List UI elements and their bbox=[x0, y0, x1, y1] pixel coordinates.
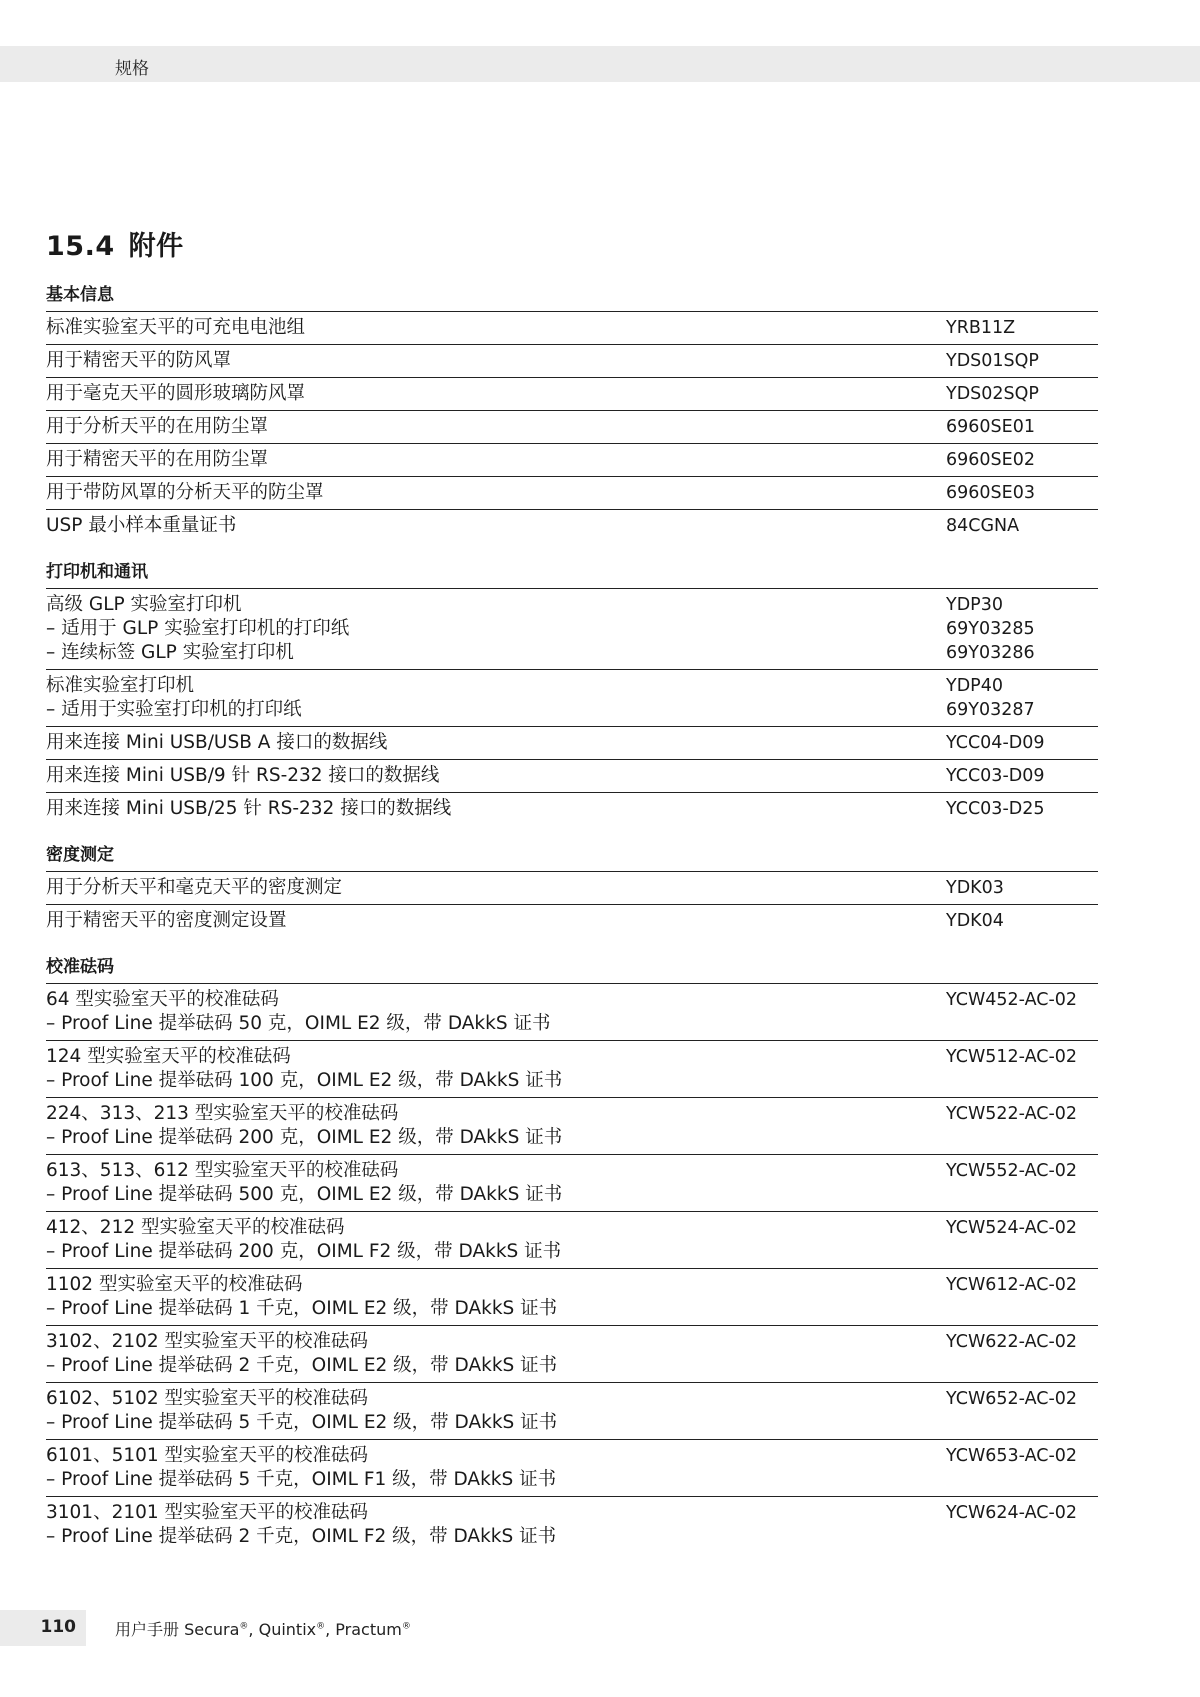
item-description-line: 64 型实验室天平的校准砝码 bbox=[46, 988, 946, 1012]
item-description: 6101、5101 型实验室天平的校准砝码– Proof Line 提举砝码 5… bbox=[46, 1444, 946, 1492]
order-number-value: YCC03-D09 bbox=[946, 764, 1098, 788]
item-description: 用于毫克天平的圆形玻璃防风罩 bbox=[46, 382, 946, 406]
item-description-line: 用于毫克天平的圆形玻璃防风罩 bbox=[46, 382, 946, 406]
table-row: 高级 GLP 实验室打印机– 适用于 GLP 实验室打印机的打印纸– 连续标签 … bbox=[46, 589, 1098, 670]
item-sub-description-line: – 适用于实验室打印机的打印纸 bbox=[46, 698, 946, 722]
order-number: YCW622-AC-02 bbox=[946, 1330, 1098, 1378]
section-heading: 基本信息 bbox=[46, 278, 1098, 312]
table-row: 用于精密天平的防风罩YDS01SQP bbox=[46, 345, 1098, 378]
table-row: 3102、2102 型实验室天平的校准砝码– Proof Line 提举砝码 2… bbox=[46, 1326, 1098, 1383]
order-number-value: YDK03 bbox=[946, 876, 1098, 900]
item-sub-description-line: – Proof Line 提举砝码 500 克，OIML E2 级，带 DAkk… bbox=[46, 1183, 946, 1207]
item-description: 标准实验室天平的可充电电池组 bbox=[46, 316, 946, 340]
table-row: 用于精密天平的密度测定设置YDK04 bbox=[46, 905, 1098, 938]
section: 校准砝码64 型实验室天平的校准砝码– Proof Line 提举砝码 50 克… bbox=[46, 950, 1098, 1554]
order-number: YCW452-AC-02 bbox=[946, 988, 1098, 1036]
item-description: 用于精密天平的密度测定设置 bbox=[46, 909, 946, 934]
section: 密度测定用于分析天平和毫克天平的密度测定YDK03用于精密天平的密度测定设置YD… bbox=[46, 838, 1098, 938]
item-description-line: 用来连接 Mini USB/25 针 RS-232 接口的数据线 bbox=[46, 797, 946, 821]
order-number-value: 69Y03285 bbox=[946, 617, 1098, 641]
footer-manual-prefix: 用户手册 Secura bbox=[115, 1620, 239, 1639]
accessories-table: 基本信息标准实验室天平的可充电电池组YRB11Z用于精密天平的防风罩YDS01S… bbox=[46, 278, 1098, 1554]
item-description-line: 标准实验室天平的可充电电池组 bbox=[46, 316, 946, 340]
item-description-line: 3101、2101 型实验室天平的校准砝码 bbox=[46, 1501, 946, 1525]
item-description-line: 用于精密天平的在用防尘罩 bbox=[46, 448, 946, 472]
order-number: YCW512-AC-02 bbox=[946, 1045, 1098, 1093]
order-number-value: YCW652-AC-02 bbox=[946, 1387, 1098, 1411]
order-number: YCC04-D09 bbox=[946, 731, 1098, 755]
item-description-line: 3102、2102 型实验室天平的校准砝码 bbox=[46, 1330, 946, 1354]
item-description: 6102、5102 型实验室天平的校准砝码– Proof Line 提举砝码 5… bbox=[46, 1387, 946, 1435]
footer-manual-title: 用户手册 Secura®, Quintix®, Practum® bbox=[115, 1617, 411, 1640]
order-number: YCC03-D09 bbox=[946, 764, 1098, 788]
item-description: 3102、2102 型实验室天平的校准砝码– Proof Line 提举砝码 2… bbox=[46, 1330, 946, 1378]
item-description-line: 6101、5101 型实验室天平的校准砝码 bbox=[46, 1444, 946, 1468]
order-number-value: YCC04-D09 bbox=[946, 731, 1098, 755]
footer-brand-quintix: , Quintix bbox=[248, 1620, 316, 1639]
item-description: USP 最小样本重量证书 bbox=[46, 514, 946, 539]
item-description: 用于分析天平和毫克天平的密度测定 bbox=[46, 876, 946, 900]
order-number-value: YCC03-D25 bbox=[946, 797, 1098, 821]
table-row: 标准实验室打印机– 适用于实验室打印机的打印纸YDP4069Y03287 bbox=[46, 670, 1098, 727]
item-description-line: 用于分析天平和毫克天平的密度测定 bbox=[46, 876, 946, 900]
section: 打印机和通讯高级 GLP 实验室打印机– 适用于 GLP 实验室打印机的打印纸–… bbox=[46, 555, 1098, 826]
order-number-value: 6960SE01 bbox=[946, 415, 1098, 439]
item-description-line: 124 型实验室天平的校准砝码 bbox=[46, 1045, 946, 1069]
item-sub-description-line: – Proof Line 提举砝码 2 千克，OIML E2 级，带 DAkkS… bbox=[46, 1354, 946, 1378]
item-description: 用于带防风罩的分析天平的防尘罩 bbox=[46, 481, 946, 505]
order-number-value: YCW622-AC-02 bbox=[946, 1330, 1098, 1354]
order-number-value: YCW452-AC-02 bbox=[946, 988, 1098, 1012]
order-number-value: 84CGNA bbox=[946, 514, 1098, 538]
order-number: YCW612-AC-02 bbox=[946, 1273, 1098, 1321]
table-row: 用于毫克天平的圆形玻璃防风罩YDS02SQP bbox=[46, 378, 1098, 411]
item-description-line: 用来连接 Mini USB/9 针 RS-232 接口的数据线 bbox=[46, 764, 946, 788]
order-number: YDP3069Y0328569Y03286 bbox=[946, 593, 1098, 665]
table-row: 224、313、213 型实验室天平的校准砝码– Proof Line 提举砝码… bbox=[46, 1098, 1098, 1155]
registered-mark: ® bbox=[402, 1622, 411, 1632]
item-description-line: 用于分析天平的在用防尘罩 bbox=[46, 415, 946, 439]
item-description: 64 型实验室天平的校准砝码– Proof Line 提举砝码 50 克，OIM… bbox=[46, 988, 946, 1036]
table-row: 标准实验室天平的可充电电池组YRB11Z bbox=[46, 312, 1098, 345]
order-number-value: YCW612-AC-02 bbox=[946, 1273, 1098, 1297]
order-number: YCW652-AC-02 bbox=[946, 1387, 1098, 1435]
order-number-value: YDP40 bbox=[946, 674, 1098, 698]
table-row: USP 最小样本重量证书84CGNA bbox=[46, 510, 1098, 543]
section-heading: 打印机和通讯 bbox=[46, 555, 1098, 589]
item-description-line: 用来连接 Mini USB/USB A 接口的数据线 bbox=[46, 731, 946, 755]
table-row: 613、513、612 型实验室天平的校准砝码– Proof Line 提举砝码… bbox=[46, 1155, 1098, 1212]
item-description: 用来连接 Mini USB/USB A 接口的数据线 bbox=[46, 731, 946, 755]
table-row: 3101、2101 型实验室天平的校准砝码– Proof Line 提举砝码 2… bbox=[46, 1497, 1098, 1554]
table-row: 用于分析天平和毫克天平的密度测定YDK03 bbox=[46, 872, 1098, 905]
table-row: 用来连接 Mini USB/25 针 RS-232 接口的数据线YCC03-D2… bbox=[46, 793, 1098, 826]
item-description: 124 型实验室天平的校准砝码– Proof Line 提举砝码 100 克，O… bbox=[46, 1045, 946, 1093]
item-description: 用于分析天平的在用防尘罩 bbox=[46, 415, 946, 439]
order-number-value: YCW512-AC-02 bbox=[946, 1045, 1098, 1069]
item-sub-description-line: – Proof Line 提举砝码 200 克，OIML F2 级，带 DAkk… bbox=[46, 1240, 946, 1264]
order-number: 84CGNA bbox=[946, 514, 1098, 539]
item-description-line: 用于精密天平的密度测定设置 bbox=[46, 909, 946, 933]
section: 基本信息标准实验室天平的可充电电池组YRB11Z用于精密天平的防风罩YDS01S… bbox=[46, 278, 1098, 543]
running-header: 规格 bbox=[0, 46, 1200, 82]
order-number: 6960SE01 bbox=[946, 415, 1098, 439]
order-number-value: YDK04 bbox=[946, 909, 1098, 933]
order-number: YCW552-AC-02 bbox=[946, 1159, 1098, 1207]
item-description: 用于精密天平的在用防尘罩 bbox=[46, 448, 946, 472]
table-row: 用于带防风罩的分析天平的防尘罩6960SE03 bbox=[46, 477, 1098, 510]
order-number-value: 6960SE02 bbox=[946, 448, 1098, 472]
item-sub-description-line: – Proof Line 提举砝码 5 千克，OIML F1 级，带 DAkkS… bbox=[46, 1468, 946, 1492]
order-number: YCC03-D25 bbox=[946, 797, 1098, 822]
page-number: 110 bbox=[41, 1617, 77, 1637]
item-sub-description-line: – Proof Line 提举砝码 100 克，OIML E2 级，带 DAkk… bbox=[46, 1069, 946, 1093]
registered-mark: ® bbox=[316, 1622, 325, 1632]
table-row: 6101、5101 型实验室天平的校准砝码– Proof Line 提举砝码 5… bbox=[46, 1440, 1098, 1497]
order-number-value: YDS02SQP bbox=[946, 382, 1098, 406]
order-number: YCW522-AC-02 bbox=[946, 1102, 1098, 1150]
order-number-value: YCW552-AC-02 bbox=[946, 1159, 1098, 1183]
order-number: YDP4069Y03287 bbox=[946, 674, 1098, 722]
order-number: YDS02SQP bbox=[946, 382, 1098, 406]
footer-page-box: 110 bbox=[0, 1610, 86, 1646]
table-row: 64 型实验室天平的校准砝码– Proof Line 提举砝码 50 克，OIM… bbox=[46, 984, 1098, 1041]
item-description-line: 高级 GLP 实验室打印机 bbox=[46, 593, 946, 617]
item-description-line: 224、313、213 型实验室天平的校准砝码 bbox=[46, 1102, 946, 1126]
section-number: 15.4 bbox=[46, 231, 115, 262]
order-number: YRB11Z bbox=[946, 316, 1098, 340]
footer-brand-practum: , Practum bbox=[325, 1620, 402, 1639]
item-description-line: 标准实验室打印机 bbox=[46, 674, 946, 698]
item-description: 224、313、213 型实验室天平的校准砝码– Proof Line 提举砝码… bbox=[46, 1102, 946, 1150]
table-row: 用来连接 Mini USB/9 针 RS-232 接口的数据线YCC03-D09 bbox=[46, 760, 1098, 793]
table-row: 用来连接 Mini USB/USB A 接口的数据线YCC04-D09 bbox=[46, 727, 1098, 760]
order-number-value: YCW653-AC-02 bbox=[946, 1444, 1098, 1468]
table-row: 6102、5102 型实验室天平的校准砝码– Proof Line 提举砝码 5… bbox=[46, 1383, 1098, 1440]
item-description-line: 613、513、612 型实验室天平的校准砝码 bbox=[46, 1159, 946, 1183]
item-description: 用于精密天平的防风罩 bbox=[46, 349, 946, 373]
order-number: 6960SE03 bbox=[946, 481, 1098, 505]
order-number: YDK04 bbox=[946, 909, 1098, 934]
order-number-value: YCW524-AC-02 bbox=[946, 1216, 1098, 1240]
table-row: 412、212 型实验室天平的校准砝码– Proof Line 提举砝码 200… bbox=[46, 1212, 1098, 1269]
item-description: 用来连接 Mini USB/9 针 RS-232 接口的数据线 bbox=[46, 764, 946, 788]
item-description: 613、513、612 型实验室天平的校准砝码– Proof Line 提举砝码… bbox=[46, 1159, 946, 1207]
order-number-value: YCW624-AC-02 bbox=[946, 1501, 1098, 1525]
section-heading: 校准砝码 bbox=[46, 950, 1098, 984]
item-description: 1102 型实验室天平的校准砝码– Proof Line 提举砝码 1 千克，O… bbox=[46, 1273, 946, 1321]
table-row: 用于精密天平的在用防尘罩6960SE02 bbox=[46, 444, 1098, 477]
order-number: 6960SE02 bbox=[946, 448, 1098, 472]
order-number-value: YDP30 bbox=[946, 593, 1098, 617]
order-number: YDK03 bbox=[946, 876, 1098, 900]
item-sub-description-line: – Proof Line 提举砝码 200 克，OIML E2 级，带 DAkk… bbox=[46, 1126, 946, 1150]
item-sub-description-line: – 连续标签 GLP 实验室打印机 bbox=[46, 641, 946, 665]
item-description-line: 用于带防风罩的分析天平的防尘罩 bbox=[46, 481, 946, 505]
item-sub-description-line: – Proof Line 提举砝码 50 克，OIML E2 级，带 DAkkS… bbox=[46, 1012, 946, 1036]
header-label: 规格 bbox=[115, 54, 149, 79]
item-description: 高级 GLP 实验室打印机– 适用于 GLP 实验室打印机的打印纸– 连续标签 … bbox=[46, 593, 946, 665]
table-row: 1102 型实验室天平的校准砝码– Proof Line 提举砝码 1 千克，O… bbox=[46, 1269, 1098, 1326]
item-sub-description-line: – 适用于 GLP 实验室打印机的打印纸 bbox=[46, 617, 946, 641]
item-description-line: 6102、5102 型实验室天平的校准砝码 bbox=[46, 1387, 946, 1411]
item-sub-description-line: – Proof Line 提举砝码 5 千克，OIML E2 级，带 DAkkS… bbox=[46, 1411, 946, 1435]
item-description: 3101、2101 型实验室天平的校准砝码– Proof Line 提举砝码 2… bbox=[46, 1501, 946, 1550]
item-description-line: 1102 型实验室天平的校准砝码 bbox=[46, 1273, 946, 1297]
order-number-value: YRB11Z bbox=[946, 316, 1098, 340]
item-description: 412、212 型实验室天平的校准砝码– Proof Line 提举砝码 200… bbox=[46, 1216, 946, 1264]
order-number: YCW524-AC-02 bbox=[946, 1216, 1098, 1264]
item-description-line: USP 最小样本重量证书 bbox=[46, 514, 946, 538]
order-number-value: YCW522-AC-02 bbox=[946, 1102, 1098, 1126]
order-number-value: 6960SE03 bbox=[946, 481, 1098, 505]
order-number: YCW624-AC-02 bbox=[946, 1501, 1098, 1550]
item-sub-description-line: – Proof Line 提举砝码 2 千克，OIML F2 级，带 DAkkS… bbox=[46, 1525, 946, 1549]
section-heading: 密度测定 bbox=[46, 838, 1098, 872]
item-sub-description-line: – Proof Line 提举砝码 1 千克，OIML E2 级，带 DAkkS… bbox=[46, 1297, 946, 1321]
item-description: 用来连接 Mini USB/25 针 RS-232 接口的数据线 bbox=[46, 797, 946, 822]
item-description-line: 412、212 型实验室天平的校准砝码 bbox=[46, 1216, 946, 1240]
table-row: 用于分析天平的在用防尘罩6960SE01 bbox=[46, 411, 1098, 444]
order-number-value: 69Y03287 bbox=[946, 698, 1098, 722]
section-title-text: 附件 bbox=[129, 231, 184, 262]
item-description-line: 用于精密天平的防风罩 bbox=[46, 349, 946, 373]
order-number: YDS01SQP bbox=[946, 349, 1098, 373]
item-description: 标准实验室打印机– 适用于实验室打印机的打印纸 bbox=[46, 674, 946, 722]
order-number-value: 69Y03286 bbox=[946, 641, 1098, 665]
order-number-value: YDS01SQP bbox=[946, 349, 1098, 373]
table-row: 124 型实验室天平的校准砝码– Proof Line 提举砝码 100 克，O… bbox=[46, 1041, 1098, 1098]
order-number: YCW653-AC-02 bbox=[946, 1444, 1098, 1492]
page-title: 15.4附件 bbox=[46, 224, 184, 263]
